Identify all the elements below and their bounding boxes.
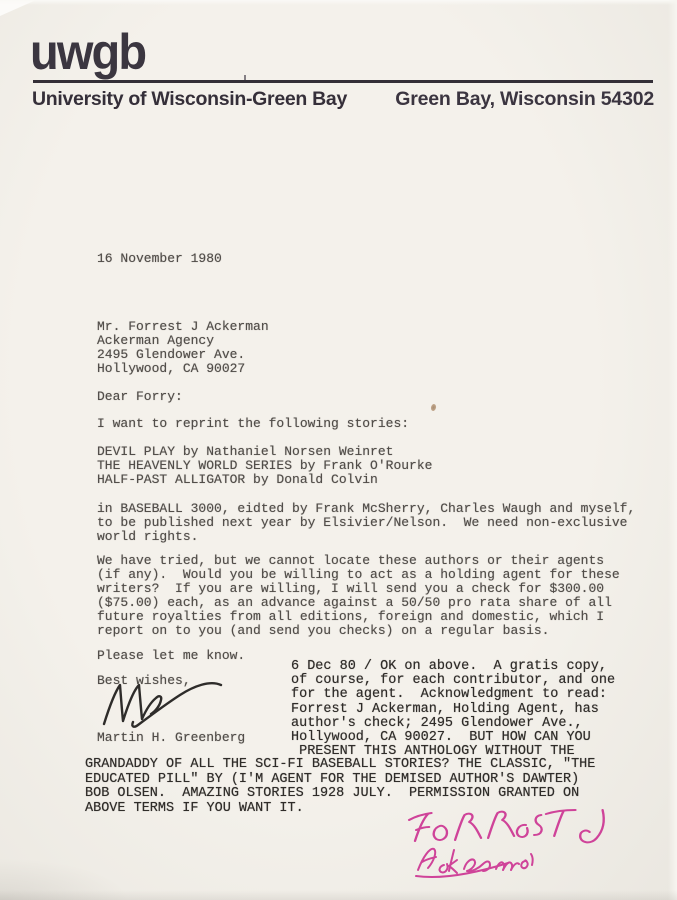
university-name: University of Wisconsin-Green Bay xyxy=(32,88,347,111)
scanned-letter-page: uwgb University of Wisconsin-Green Bay G… xyxy=(0,0,677,900)
paper-speck xyxy=(430,403,437,411)
scan-edge-right xyxy=(668,0,677,900)
paragraph-intro: I want to reprint the following stories: xyxy=(97,417,409,431)
uwgb-logo: uwgb xyxy=(30,27,145,77)
recipient-address: Mr. Forrest J Ackerman Ackerman Agency 2… xyxy=(97,320,269,376)
paragraph-story-list: DEVIL PLAY by Nathaniel Norsen Weinret T… xyxy=(97,445,432,487)
scan-shadow-bottom-left xyxy=(0,858,130,900)
salutation: Dear Forry: xyxy=(97,390,183,404)
letter-date: 16 November 1980 xyxy=(97,252,222,266)
letterhead-rule xyxy=(33,80,653,83)
paragraph-anthology: in BASEBALL 3000, eidted by Frank McSher… xyxy=(97,502,635,544)
paragraph-letmeknow: Please let me know. xyxy=(97,649,245,663)
university-location: Green Bay, Wisconsin 54302 xyxy=(395,88,654,111)
letterhead-rule-tick xyxy=(244,75,246,80)
sender-name: Martin H. Greenberg xyxy=(97,731,245,745)
scan-edge-top xyxy=(0,0,677,5)
paragraph-offer: We have tried, but we cannot locate thes… xyxy=(97,554,620,638)
ackerman-handwritten-signature xyxy=(392,804,617,878)
greenberg-handwritten-signature xyxy=(96,678,236,730)
ackerman-reply-column: 6 Dec 80 / OK on above. A gratis copy, o… xyxy=(291,660,615,759)
